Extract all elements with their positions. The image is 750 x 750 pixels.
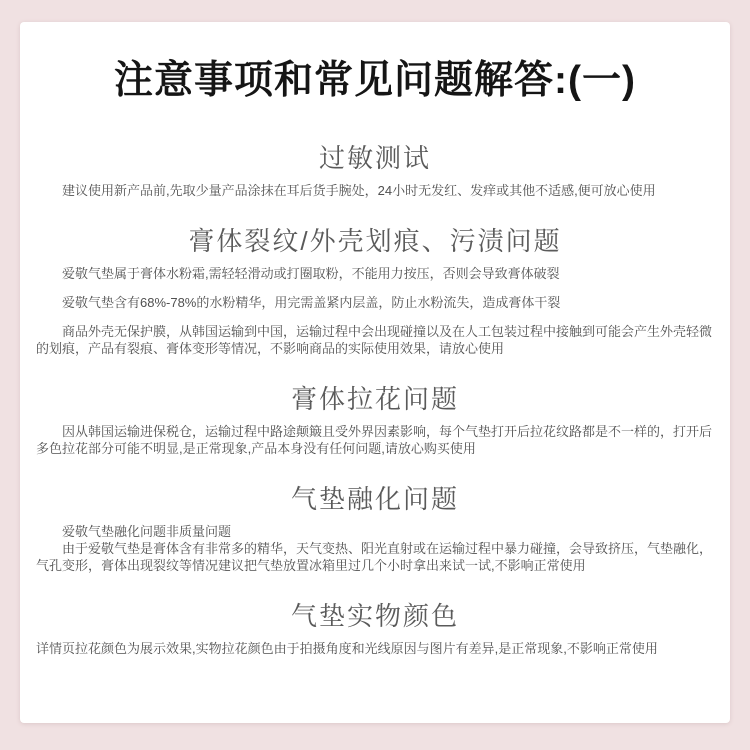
- page-title: 注意事项和常见问题解答:(一): [36, 58, 714, 104]
- section-cracks-scratches-stains: 膏体裂纹/外壳划痕、污渍问题 爱敬气垫属于膏体水粉霜,需轻轻滑动或打圈取粉，不能…: [36, 225, 714, 357]
- section-actual-color: 气垫实物颜色 详情页拉花颜色为展示效果,实物拉花颜色由于拍摄角度和光线原因与图片…: [36, 600, 714, 657]
- section-heading-cushion-melting: 气垫融化问题: [36, 483, 714, 515]
- section-paragraph: 建议使用新产品前,先取少量产品涂抹在耳后货手腕处，24小时无发红、发痒或其他不适…: [36, 182, 714, 199]
- section-paragraph: 爱敬气垫属于膏体水粉霜,需轻轻滑动或打圈取粉，不能用力按压，否则会导致膏体破裂: [36, 265, 714, 282]
- section-paragraph: 由于爱敬气垫是膏体含有非常多的精华，天气变热、阳光直射或在运输过程中暴力碰撞，会…: [36, 540, 714, 574]
- section-paragraph: 爱敬气垫融化问题非质量问题: [36, 523, 714, 540]
- page-background: 注意事项和常见问题解答:(一) 过敏测试 建议使用新产品前,先取少量产品涂抹在耳…: [0, 0, 750, 750]
- section-marbling-pattern: 膏体拉花问题 因从韩国运输进保税仓，运输过程中路途颠簸且受外界因素影响，每个气垫…: [36, 383, 714, 457]
- section-heading-actual-color: 气垫实物颜色: [36, 600, 714, 632]
- section-paragraph: 因从韩国运输进保税仓，运输过程中路途颠簸且受外界因素影响，每个气垫打开后拉花纹路…: [36, 423, 714, 457]
- section-paragraph: 爱敬气垫含有68%-78%的水粉精华，用完需盖紧内层盖，防止水粉流失，造成膏体干…: [36, 294, 714, 311]
- notice-card: 注意事项和常见问题解答:(一) 过敏测试 建议使用新产品前,先取少量产品涂抹在耳…: [20, 22, 730, 723]
- section-paragraph: 详情页拉花颜色为展示效果,实物拉花颜色由于拍摄角度和光线原因与图片有差异,是正常…: [36, 640, 714, 657]
- section-paragraph: 商品外壳无保护膜，从韩国运输到中国，运输过程中会出现碰撞以及在人工包装过程中接触…: [36, 323, 714, 357]
- section-heading-marbling-pattern: 膏体拉花问题: [36, 383, 714, 415]
- section-allergy-test: 过敏测试 建议使用新产品前,先取少量产品涂抹在耳后货手腕处，24小时无发红、发痒…: [36, 142, 714, 199]
- section-cushion-melting: 气垫融化问题 爱敬气垫融化问题非质量问题 由于爱敬气垫是膏体含有非常多的精华，天…: [36, 483, 714, 574]
- section-heading-allergy-test: 过敏测试: [36, 142, 714, 174]
- section-heading-cracks-scratches-stains: 膏体裂纹/外壳划痕、污渍问题: [36, 225, 714, 257]
